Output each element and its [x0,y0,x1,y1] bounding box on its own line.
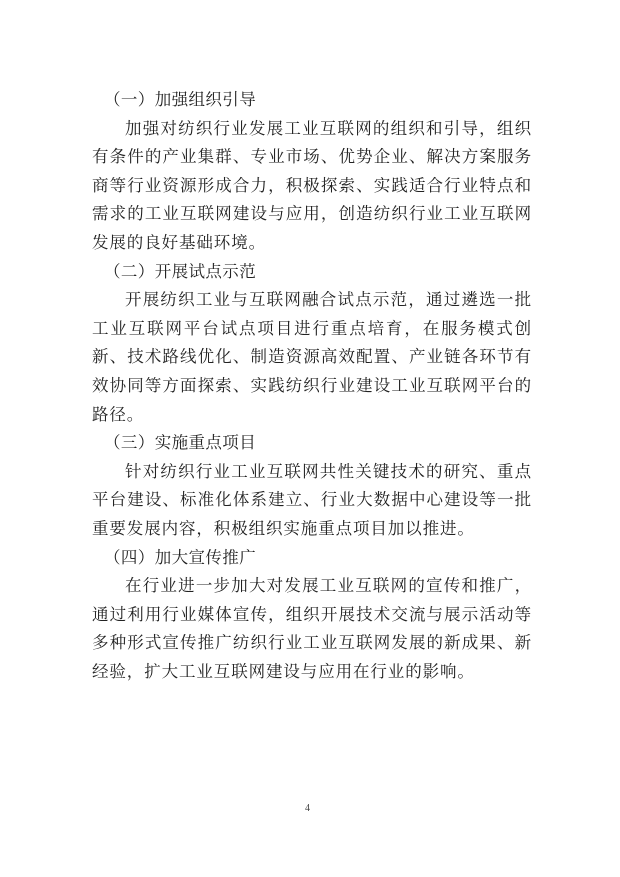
section-heading: （四）加大宣传推广 [92,544,532,573]
section-paragraph: 开展纺织工业与互联网融合试点示范，通过遴选一批工业互联网平台试点项目进行重点培育… [92,286,532,429]
section-organization-guidance: （一）加强组织引导 加强对纺织行业发展工业互联网的组织和引导，组织有条件的产业集… [92,86,532,258]
section-pilot-demonstration: （二）开展试点示范 开展纺织工业与互联网融合试点示范，通过遴选一批工业互联网平台… [92,258,532,430]
document-page: （一）加强组织引导 加强对纺织行业发展工业互联网的组织和引导，组织有条件的产业集… [92,86,532,686]
section-heading: （二）开展试点示范 [92,258,532,287]
section-paragraph: 针对纺织行业工业互联网共性关键技术的研究、重点平台建设、标准化体系建立、行业大数… [92,458,532,544]
page-number: 4 [305,803,310,814]
section-paragraph: 加强对纺织行业发展工业互联网的组织和引导，组织有条件的产业集群、专业市场、优势企… [92,115,532,258]
section-paragraph: 在行业进一步加大对发展工业互联网的宣传和推广，通过利用行业媒体宣传，组织开展技术… [92,572,532,686]
section-heading: （三）实施重点项目 [92,429,532,458]
section-key-projects: （三）实施重点项目 针对纺织行业工业互联网共性关键技术的研究、重点平台建设、标准… [92,429,532,543]
section-publicity-promotion: （四）加大宣传推广 在行业进一步加大对发展工业互联网的宣传和推广，通过利用行业媒… [92,544,532,687]
section-heading: （一）加强组织引导 [92,86,532,115]
